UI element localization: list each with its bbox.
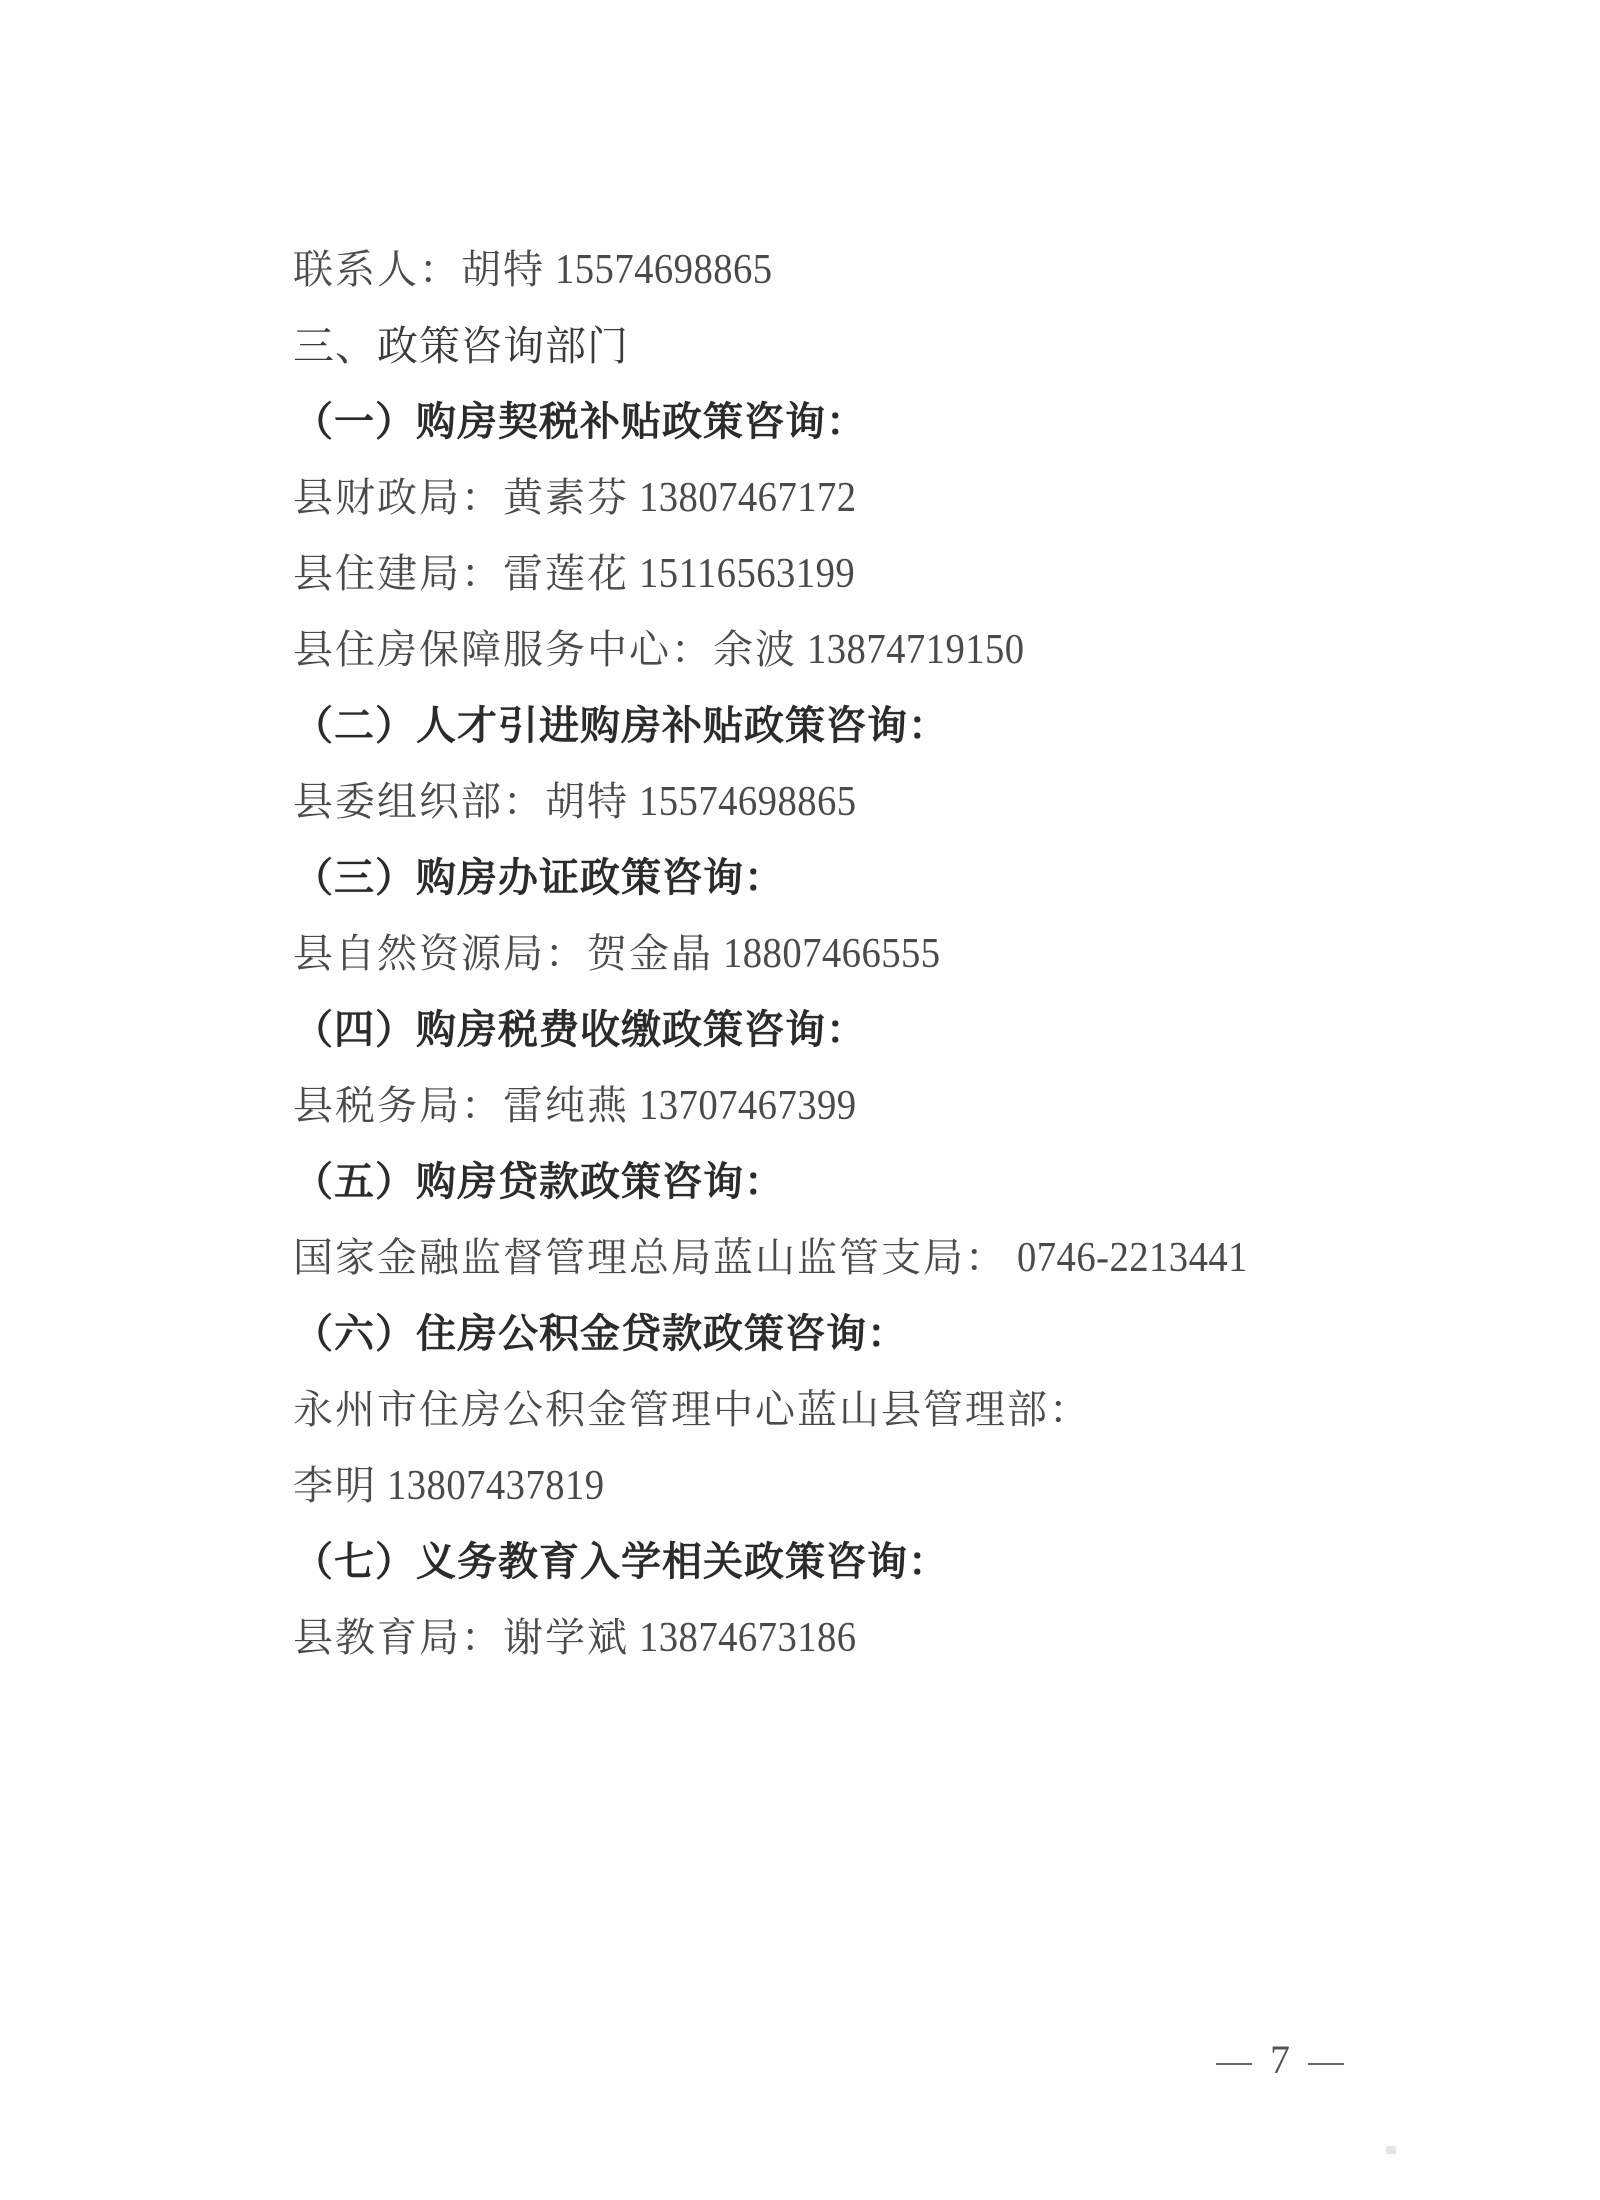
subsection-heading-text: （六）住房公积金贷款政策咨询： [293, 1311, 908, 1357]
phone-number: 13874673186 [639, 1600, 857, 1676]
contact-line: 县住房保障服务中心：余波13874719150 [293, 612, 1393, 688]
subsection-heading: （二）人才引进购房补贴政策咨询： [293, 688, 1393, 764]
contact-label: 李明 [293, 1463, 377, 1509]
contact-label: 国家金融监督管理总局蓝山监管支局： [293, 1235, 1007, 1281]
contact-label: 县自然资源局：贺金晶 [293, 931, 713, 977]
section-title-text: 三、政策咨询部门 [293, 322, 629, 370]
subsection-heading: （四）购房税费收缴政策咨询： [293, 992, 1393, 1068]
subsection-heading: （一）购房契税补贴政策咨询： [293, 384, 1393, 460]
phone-number: 15574698865 [555, 232, 773, 308]
contact-label: 联系人：胡特 [293, 247, 545, 293]
contact-line: 联系人：胡特15574698865 [293, 232, 1393, 308]
subsection-heading-text: （二）人才引进购房补贴政策咨询： [293, 703, 949, 749]
contact-label: 县财政局：黄素芬 [293, 475, 629, 521]
contact-label: 县委组织部：胡特 [293, 779, 629, 825]
phone-number: 13807467172 [639, 460, 857, 536]
subsection-heading: （七）义务教育入学相关政策咨询： [293, 1524, 1393, 1600]
footer-dash-left [1216, 2063, 1252, 2065]
contact-line: 县税务局：雷纯燕13707467399 [293, 1068, 1393, 1144]
section-title: 三、政策咨询部门 [293, 308, 1393, 384]
subsection-heading-text: （一）购房契税补贴政策咨询： [293, 399, 867, 445]
contact-line: 永州市住房公积金管理中心蓝山县管理部： [293, 1372, 1393, 1448]
subsection-heading: （五）购房贷款政策咨询： [293, 1144, 1393, 1220]
subsection-heading-text: （四）购房税费收缴政策咨询： [293, 1007, 867, 1053]
subsection-heading-text: （五）购房贷款政策咨询： [293, 1159, 785, 1205]
contact-line: 县自然资源局：贺金晶18807466555 [293, 916, 1393, 992]
contact-label: 县教育局：谢学斌 [293, 1615, 629, 1661]
phone-number: 15116563199 [639, 536, 855, 612]
contact-line: 县财政局：黄素芬13807467172 [293, 460, 1393, 536]
contact-line: 国家金融监督管理总局蓝山监管支局：0746-2213441 [293, 1220, 1393, 1296]
scan-artifact [1386, 2146, 1396, 2154]
footer-dash-right [1308, 2063, 1344, 2065]
phone-number: 13707467399 [639, 1068, 857, 1144]
contact-line: 李明13807437819 [293, 1448, 1393, 1524]
phone-number: 0746-2213441 [1017, 1220, 1248, 1296]
phone-number: 13874719150 [807, 612, 1025, 688]
subsection-heading-text: （三）购房办证政策咨询： [293, 855, 785, 901]
phone-number: 18807466555 [723, 916, 941, 992]
contact-line: 县住建局：雷莲花15116563199 [293, 536, 1393, 612]
subsection-heading: （三）购房办证政策咨询： [293, 840, 1393, 916]
document-page: 联系人：胡特15574698865 三、政策咨询部门 （一）购房契税补贴政策咨询… [0, 0, 1600, 2200]
contact-line: 县教育局：谢学斌13874673186 [293, 1600, 1393, 1676]
contact-line: 县委组织部：胡特15574698865 [293, 764, 1393, 840]
phone-number: 15574698865 [639, 764, 857, 840]
subsection-heading-text: （七）义务教育入学相关政策咨询： [293, 1539, 949, 1585]
contact-label: 县住房保障服务中心：余波 [293, 627, 797, 673]
contact-label: 永州市住房公积金管理中心蓝山县管理部： [293, 1387, 1091, 1433]
phone-number: 13807437819 [387, 1448, 605, 1524]
page-footer: 7 [1200, 2030, 1360, 2090]
page-number: 7 [1270, 2037, 1290, 2082]
contact-label: 县税务局：雷纯燕 [293, 1083, 629, 1129]
contact-label: 县住建局：雷莲花 [293, 551, 629, 597]
document-body: 联系人：胡特15574698865 三、政策咨询部门 （一）购房契税补贴政策咨询… [293, 232, 1393, 1676]
subsection-heading: （六）住房公积金贷款政策咨询： [293, 1296, 1393, 1372]
